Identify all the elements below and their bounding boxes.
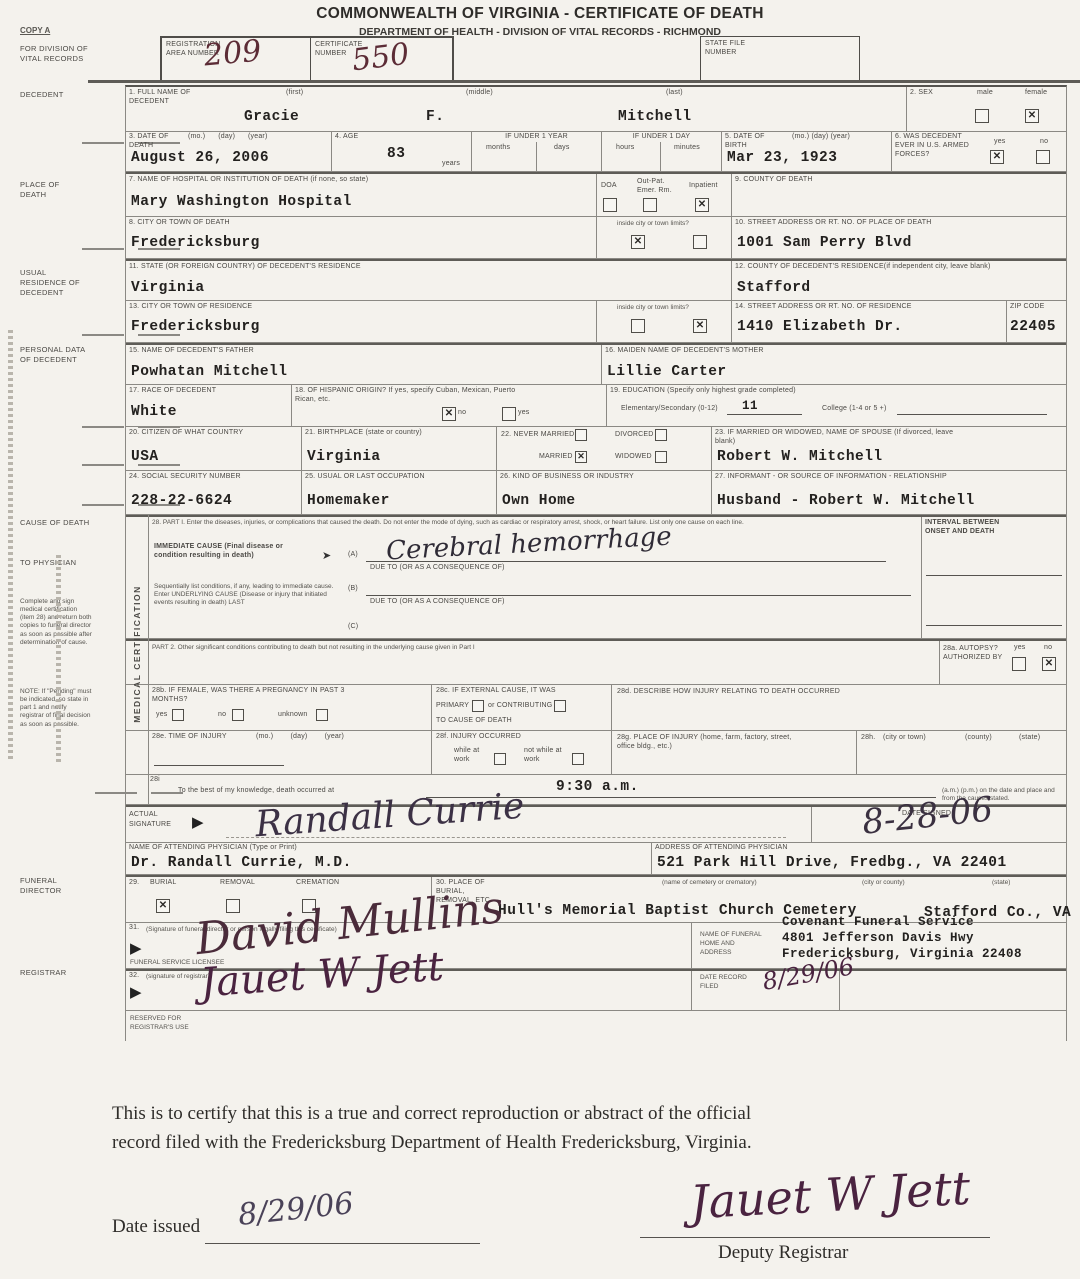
- line-c-label: (C): [348, 623, 358, 632]
- row-part2: PART 2. Other significant conditions con…: [126, 639, 1066, 685]
- pregnancy-no-label: no: [218, 711, 226, 720]
- form: 1. FULL NAME OF DECEDENT (first) (middle…: [125, 85, 1067, 1041]
- city-or-town-sublabel: (city or town): [883, 734, 926, 743]
- days-label: days: [554, 144, 570, 153]
- married-label: MARRIED: [539, 453, 573, 462]
- city-of-death-label: 8. CITY OR TOWN OF DEATH: [129, 219, 230, 228]
- limits-death-no-checkbox: [693, 235, 707, 249]
- document-title: COMMONWEALTH OF VIRGINIA - CERTIFICATE O…: [0, 5, 1080, 23]
- middle-sublabel: (middle): [466, 89, 493, 98]
- sequential-note: Sequentially list conditions, if any, le…: [154, 583, 334, 607]
- death-certificate-page: COPY A COMMONWEALTH OF VIRGINIA - CERTIF…: [0, 0, 1080, 1279]
- father-label: 15. NAME OF DECEDENT'S FATHER: [129, 347, 254, 356]
- due-to-a-label: DUE TO (OR AS A CONSEQUENCE OF): [370, 564, 505, 573]
- funeral-num: 31.: [129, 924, 139, 933]
- registration-area-value: 209: [203, 34, 263, 74]
- full-name-label: 1. FULL NAME OF DECEDENT: [129, 89, 199, 107]
- widowed-label: WIDOWED: [615, 453, 652, 462]
- autopsy-label: 28a. AUTOPSY? AUTHORIZED BY: [943, 645, 1005, 663]
- last-sublabel: (last): [666, 89, 683, 98]
- certification-text: This is to certify that this is a true a…: [112, 1100, 972, 1157]
- cremation-label: CREMATION: [296, 879, 339, 888]
- attest-num: 28i: [150, 776, 160, 785]
- date-of-death-sublabel: (mo.) (day) (year): [188, 133, 268, 142]
- row-reserved: RESERVED FOR REGISTRAR'S USE: [126, 1011, 1066, 1041]
- while-at-work-label: while at work: [454, 747, 490, 765]
- doa-label: DOA: [601, 182, 617, 191]
- reserved-label-2: REGISTRAR'S USE: [130, 1024, 189, 1032]
- pregnancy-yes-label: yes: [156, 711, 168, 720]
- age-unit-label: years: [442, 160, 460, 169]
- injury-loc-num: 28h.: [861, 734, 875, 743]
- father-value: Powhatan Mitchell: [131, 364, 287, 380]
- pregnancy-unknown-checkbox: [316, 709, 328, 721]
- row-race: 17. RACE OF DECEDENT White 18. OF HISPAN…: [126, 385, 1066, 427]
- city-of-death-value: Fredericksburg: [131, 235, 260, 251]
- zip-label: ZIP CODE: [1010, 303, 1045, 312]
- hispanic-no-checkbox: ✕: [442, 407, 456, 421]
- row-ssn: 24. SOCIAL SECURITY NUMBER 228-22-6624 2…: [126, 471, 1066, 515]
- injury-time-label: 28e. TIME OF INJURY: [152, 733, 227, 742]
- birthplace-value: Virginia: [307, 449, 381, 465]
- deputy-registrar-signature-script: Jauet W Jett: [689, 1161, 972, 1230]
- margin-microtext: [8, 330, 13, 760]
- business-value: Own Home: [502, 493, 576, 509]
- state-sublabel: (state): [1019, 734, 1040, 743]
- row-state-residence: 11. STATE (OR FOREIGN COUNTRY) OF DECEDE…: [126, 259, 1066, 301]
- sex-male-checkbox: [975, 109, 989, 123]
- funeral-pointer-icon: ▶: [130, 941, 142, 956]
- never-married-label: 22. NEVER MARRIED: [501, 431, 574, 440]
- birthplace-label: 21. BIRTHPLACE (state or country): [305, 429, 422, 438]
- sex-female-label: female: [1025, 89, 1047, 98]
- limits-residence-no-checkbox: ✕: [693, 319, 707, 333]
- burial-checkbox: ✕: [156, 899, 170, 913]
- medical-certification-strip: MEDICAL CERTIFICATION: [126, 515, 149, 805]
- cause-arrow-icon: ➤: [322, 549, 331, 562]
- under-1-day-label: IF UNDER 1 DAY: [602, 133, 721, 142]
- row-parents: 15. NAME OF DECEDENT'S FATHER Powhatan M…: [126, 343, 1066, 385]
- part1-header: 28. PART I. Enter the diseases, injuries…: [152, 519, 907, 527]
- interval-label: INTERVAL BETWEEN ONSET AND DEATH: [925, 519, 1025, 537]
- married-checkbox: ✕: [575, 451, 587, 463]
- street-of-death-label: 10. STREET ADDRESS OR RT. NO. OF PLACE O…: [735, 219, 932, 228]
- county-sublabel: (county): [965, 734, 992, 743]
- city-residence-value: Fredericksburg: [131, 319, 260, 335]
- medical-certification-label: MEDICAL CERTIFICATION: [132, 519, 142, 789]
- never-married-checkbox: [575, 429, 587, 441]
- place-of-injury-label: 28g. PLACE OF INJURY (home, farm, factor…: [617, 734, 797, 752]
- limits-death-yes-checkbox: ✕: [631, 235, 645, 249]
- date-of-death-value: August 26, 2006: [131, 150, 269, 166]
- funeral-home-label-3: ADDRESS: [700, 949, 731, 957]
- sex-female-checkbox: ✕: [1025, 109, 1039, 123]
- college-label: College (1-4 or 5 +): [822, 405, 887, 414]
- pregnancy-no-checkbox: [232, 709, 244, 721]
- injury-time-sublabel: (mo.) (day) (year): [256, 733, 344, 742]
- hispanic-label: 18. OF HISPANIC ORIGIN? If yes, specify …: [295, 387, 525, 405]
- attest-prefix: To the best of my knowledge, death occur…: [178, 787, 334, 796]
- hospital-label: 7. NAME OF HOSPITAL OR INSTITUTION OF DE…: [129, 176, 569, 185]
- immediate-cause-label: IMMEDIATE CAUSE (Final disease or condit…: [154, 543, 304, 561]
- while-at-work-checkbox: [494, 753, 506, 765]
- state-sublabel2: (state): [992, 879, 1010, 887]
- contributing-label: or CONTRIBUTING: [488, 702, 552, 711]
- external-cause-label: 28c. IF EXTERNAL CAUSE, IT WAS: [436, 687, 576, 696]
- armed-yes-checkbox: ✕: [990, 150, 1004, 164]
- margin-usual-residence: USUAL RESIDENCE OF DECEDENT: [20, 268, 90, 298]
- date-issued-line: [205, 1243, 480, 1244]
- physician-name-label: NAME OF ATTENDING PHYSICIAN (Type or Pri…: [129, 844, 297, 853]
- disposition-num: 29.: [129, 879, 139, 888]
- elementary-label: Elementary/Secondary (0-12): [621, 405, 718, 414]
- state-residence-value: Virginia: [131, 280, 205, 296]
- sex-label: 2. SEX: [910, 89, 933, 98]
- to-cause-of-death-label: TO CAUSE OF DEATH: [436, 717, 512, 726]
- row-city-residence: 13. CITY OR TOWN OF RESIDENCE Fredericks…: [126, 301, 1066, 343]
- armed-yes-label: yes: [994, 138, 1006, 147]
- row-date-of-death: 3. DATE OF DEATH (mo.) (day) (year) Augu…: [126, 132, 1066, 172]
- age-label: 4. AGE: [335, 133, 358, 142]
- deputy-registrar-label: Deputy Registrar: [718, 1242, 848, 1264]
- age-value: 83: [387, 146, 405, 162]
- autopsy-yes-label: yes: [1014, 644, 1026, 653]
- inpatient-checkbox: ✕: [695, 198, 709, 212]
- county-residence-value: Stafford: [737, 280, 811, 296]
- city-residence-label: 13. CITY OR TOWN OF RESIDENCE: [129, 303, 252, 312]
- armed-no-label: no: [1040, 138, 1048, 147]
- primary-checkbox: [472, 700, 484, 712]
- row-citizen: 20. CITIZEN OF WHAT COUNTRY USA 21. BIRT…: [126, 427, 1066, 471]
- hispanic-yes-checkbox: [502, 407, 516, 421]
- first-sublabel: (first): [286, 89, 303, 98]
- row-physician-name: NAME OF ATTENDING PHYSICIAN (Type or Pri…: [126, 843, 1066, 875]
- reserved-label-1: RESERVED FOR: [130, 1015, 181, 1023]
- cemetery-sublabel: (name of cemetery or crematory): [662, 879, 757, 887]
- autopsy-no-checkbox: ✕: [1042, 657, 1056, 671]
- mother-value: Lillie Carter: [607, 364, 727, 380]
- limits-residence-yes-checkbox: [631, 319, 645, 333]
- row-cause-part1: 28. PART I. Enter the diseases, injuries…: [126, 515, 1066, 639]
- signature-pointer-icon: ▶: [192, 815, 204, 830]
- part2-label: PART 2. Other significant conditions con…: [152, 644, 852, 652]
- minutes-label: minutes: [674, 144, 700, 153]
- row-city-of-death: 8. CITY OR TOWN OF DEATH Fredericksburg …: [126, 217, 1066, 259]
- informant-label: 27. INFORMANT - OR SOURCE OF INFORMATION…: [715, 473, 947, 482]
- street-residence-label: 14. STREET ADDRESS OR RT. NO. OF RESIDEN…: [735, 303, 912, 312]
- physician-address-value: 521 Park Hill Drive, Fredbg., VA 22401: [657, 855, 1007, 871]
- date-filed-label-2: FILED: [700, 983, 718, 991]
- elementary-value: 11: [742, 399, 758, 413]
- funeral-home-street: 4801 Jefferson Davis Hwy: [782, 931, 974, 945]
- race-value: White: [131, 404, 177, 420]
- date-of-birth-label: 5. DATE OF BIRTH: [725, 133, 770, 151]
- autopsy-yes-checkbox: [1012, 657, 1026, 671]
- row-full-name: 1. FULL NAME OF DECEDENT (first) (middle…: [126, 87, 1066, 132]
- date-issued-script: 8/29/06: [236, 1186, 355, 1233]
- county-residence-label: 12. COUNTY OF DECEDENT'S RESIDENCE(if in…: [735, 263, 990, 272]
- date-filed-label-1: DATE RECORD: [700, 974, 747, 982]
- due-to-b-label: DUE TO (OR AS A CONSEQUENCE OF): [370, 598, 505, 607]
- last-name-value: Mitchell: [618, 109, 692, 125]
- funeral-home-label-2: HOME AND: [700, 940, 735, 948]
- spouse-value: Robert W. Mitchell: [717, 449, 883, 465]
- margin-microtext: [56, 555, 61, 765]
- row-pregnancy: 28b. IF FEMALE, WAS THERE A PREGNANCY IN…: [126, 685, 1066, 731]
- widowed-checkbox: [655, 451, 667, 463]
- sex-male-label: male: [977, 89, 993, 98]
- immediate-cause-value: Cerebral hemorrhage: [385, 522, 672, 567]
- divorced-checkbox: [655, 429, 667, 441]
- first-name-value: Gracie: [244, 109, 299, 125]
- state-residence-label: 11. STATE (OR FOREIGN COUNTRY) OF DECEDE…: [129, 263, 361, 272]
- header-rule: [88, 80, 1080, 83]
- citizen-value: USA: [131, 449, 159, 465]
- margin-decedent: DECEDENT: [20, 90, 64, 100]
- date-of-birth-value: Mar 23, 1923: [727, 150, 837, 166]
- date-of-death-label: 3. DATE OF DEATH: [129, 133, 189, 151]
- margin-cause-of-death: CAUSE OF DEATH: [20, 518, 110, 528]
- line-a-label: (A): [348, 551, 358, 560]
- margin-personal-data: PERSONAL DATA OF DECEDENT: [20, 345, 90, 365]
- citizen-label: 20. CITIZEN OF WHAT COUNTRY: [129, 429, 243, 438]
- outpatient-label: Out-Pat. Emer. Rm.: [637, 178, 677, 196]
- burial-label: BURIAL: [150, 879, 177, 888]
- signature-label: SIGNATURE: [129, 821, 171, 830]
- registrar-pointer-icon: ▶: [130, 985, 142, 1000]
- line-b-label: (B): [348, 585, 358, 594]
- state-file-label: STATE FILE NUMBER: [701, 37, 760, 58]
- middle-name-value: F.: [426, 109, 444, 125]
- hospital-value: Mary Washington Hospital: [131, 194, 352, 210]
- certification-line-1: This is to certify that this is a true a…: [112, 1100, 972, 1129]
- inpatient-label: Inpatient: [689, 182, 718, 191]
- date-of-birth-sublabel: (mo.) (day) (year): [792, 133, 850, 142]
- zip-value: 22405: [1010, 319, 1056, 335]
- margin-registrar: REGISTRAR: [20, 968, 66, 978]
- armed-no-checkbox: [1036, 150, 1050, 164]
- education-label: 19. EDUCATION (Specify only highest grad…: [610, 387, 796, 396]
- margin-place-of-death: PLACE OF DEATH: [20, 180, 80, 200]
- injury-description-label: 28d. DESCRIBE HOW INJURY RELATING TO DEA…: [617, 688, 840, 697]
- not-while-at-work-label: not while at work: [524, 747, 564, 765]
- race-label: 17. RACE OF DECEDENT: [129, 387, 216, 396]
- limits-residence-label: inside city or town limits?: [617, 304, 727, 312]
- pregnancy-unknown-label: unknown: [278, 711, 307, 720]
- county-of-death-label: 9. COUNTY OF DEATH: [735, 176, 813, 185]
- business-label: 26. KIND OF BUSINESS OR INDUSTRY: [500, 473, 634, 482]
- not-while-at-work-checkbox: [572, 753, 584, 765]
- limits-death-label: inside city or town limits?: [617, 220, 727, 228]
- hispanic-yes-label: yes: [518, 409, 530, 418]
- for-division-label: FOR DIVISION OF VITAL RECORDS: [20, 44, 105, 64]
- outpatient-checkbox: [643, 198, 657, 212]
- mother-label: 16. MAIDEN NAME OF DECEDENT'S MOTHER: [605, 347, 764, 356]
- primary-label: PRIMARY: [436, 702, 469, 711]
- doa-checkbox: [603, 198, 617, 212]
- street-of-death-value: 1001 Sam Perry Blvd: [737, 235, 912, 251]
- state-file-box: STATE FILE NUMBER: [700, 36, 860, 82]
- certification-line-2: record filed with the Fredericksburg Dep…: [112, 1129, 972, 1158]
- hispanic-no-label: no: [458, 409, 466, 418]
- informant-value: Husband - Robert W. Mitchell: [717, 493, 975, 509]
- row-hospital: 7. NAME OF HOSPITAL OR INSTITUTION OF DE…: [126, 172, 1066, 217]
- deputy-signature-line: [640, 1237, 990, 1238]
- autopsy-no-label: no: [1044, 644, 1052, 653]
- registrar-num: 32.: [129, 972, 139, 981]
- removal-label: REMOVAL: [220, 879, 255, 888]
- funeral-home-label-1: NAME OF FUNERAL: [700, 931, 762, 939]
- margin-funeral-director: FUNERAL DIRECTOR: [20, 876, 80, 896]
- ssn-value: 228-22-6624: [131, 493, 232, 509]
- certificate-number-value: 550: [350, 37, 411, 79]
- date-issued-label: Date issued: [112, 1216, 200, 1238]
- row-injury: 28e. TIME OF INJURY (mo.) (day) (year) 2…: [126, 731, 1066, 775]
- actual-label: ACTUAL: [129, 811, 158, 820]
- margin-to-physician: TO PHYSICIAN: [20, 558, 80, 568]
- street-residence-value: 1410 Elizabeth Dr.: [737, 319, 903, 335]
- armed-forces-label: 6. WAS DECEDENT EVER IN U.S. ARMED FORCE…: [895, 133, 973, 159]
- physician-address-label: ADDRESS OF ATTENDING PHYSICIAN: [655, 844, 788, 853]
- divorced-label: DIVORCED: [615, 431, 654, 440]
- contributing-checkbox: [554, 700, 566, 712]
- pregnancy-yes-checkbox: [172, 709, 184, 721]
- city-county-sublabel: (city or county): [862, 879, 905, 887]
- pregnancy-label: 28b. IF FEMALE, WAS THERE A PREGNANCY IN…: [152, 687, 352, 705]
- occupation-label: 25. USUAL OR LAST OCCUPATION: [305, 473, 425, 482]
- physician-name-value: Dr. Randall Currie, M.D.: [131, 855, 352, 871]
- ssn-label: 24. SOCIAL SECURITY NUMBER: [129, 473, 241, 482]
- injury-occurred-label: 28f. INJURY OCCURRED: [436, 733, 521, 742]
- funeral-home-name: Covenant Funeral Service: [782, 915, 974, 929]
- under-1-year-label: IF UNDER 1 YEAR: [472, 133, 601, 142]
- occupation-value: Homemaker: [307, 493, 390, 509]
- spouse-label: 23. IF MARRIED OR WIDOWED, NAME OF SPOUS…: [715, 429, 975, 447]
- hours-label: hours: [616, 144, 635, 153]
- months-label: months: [486, 144, 510, 153]
- death-time-value: 9:30 a.m.: [556, 779, 639, 795]
